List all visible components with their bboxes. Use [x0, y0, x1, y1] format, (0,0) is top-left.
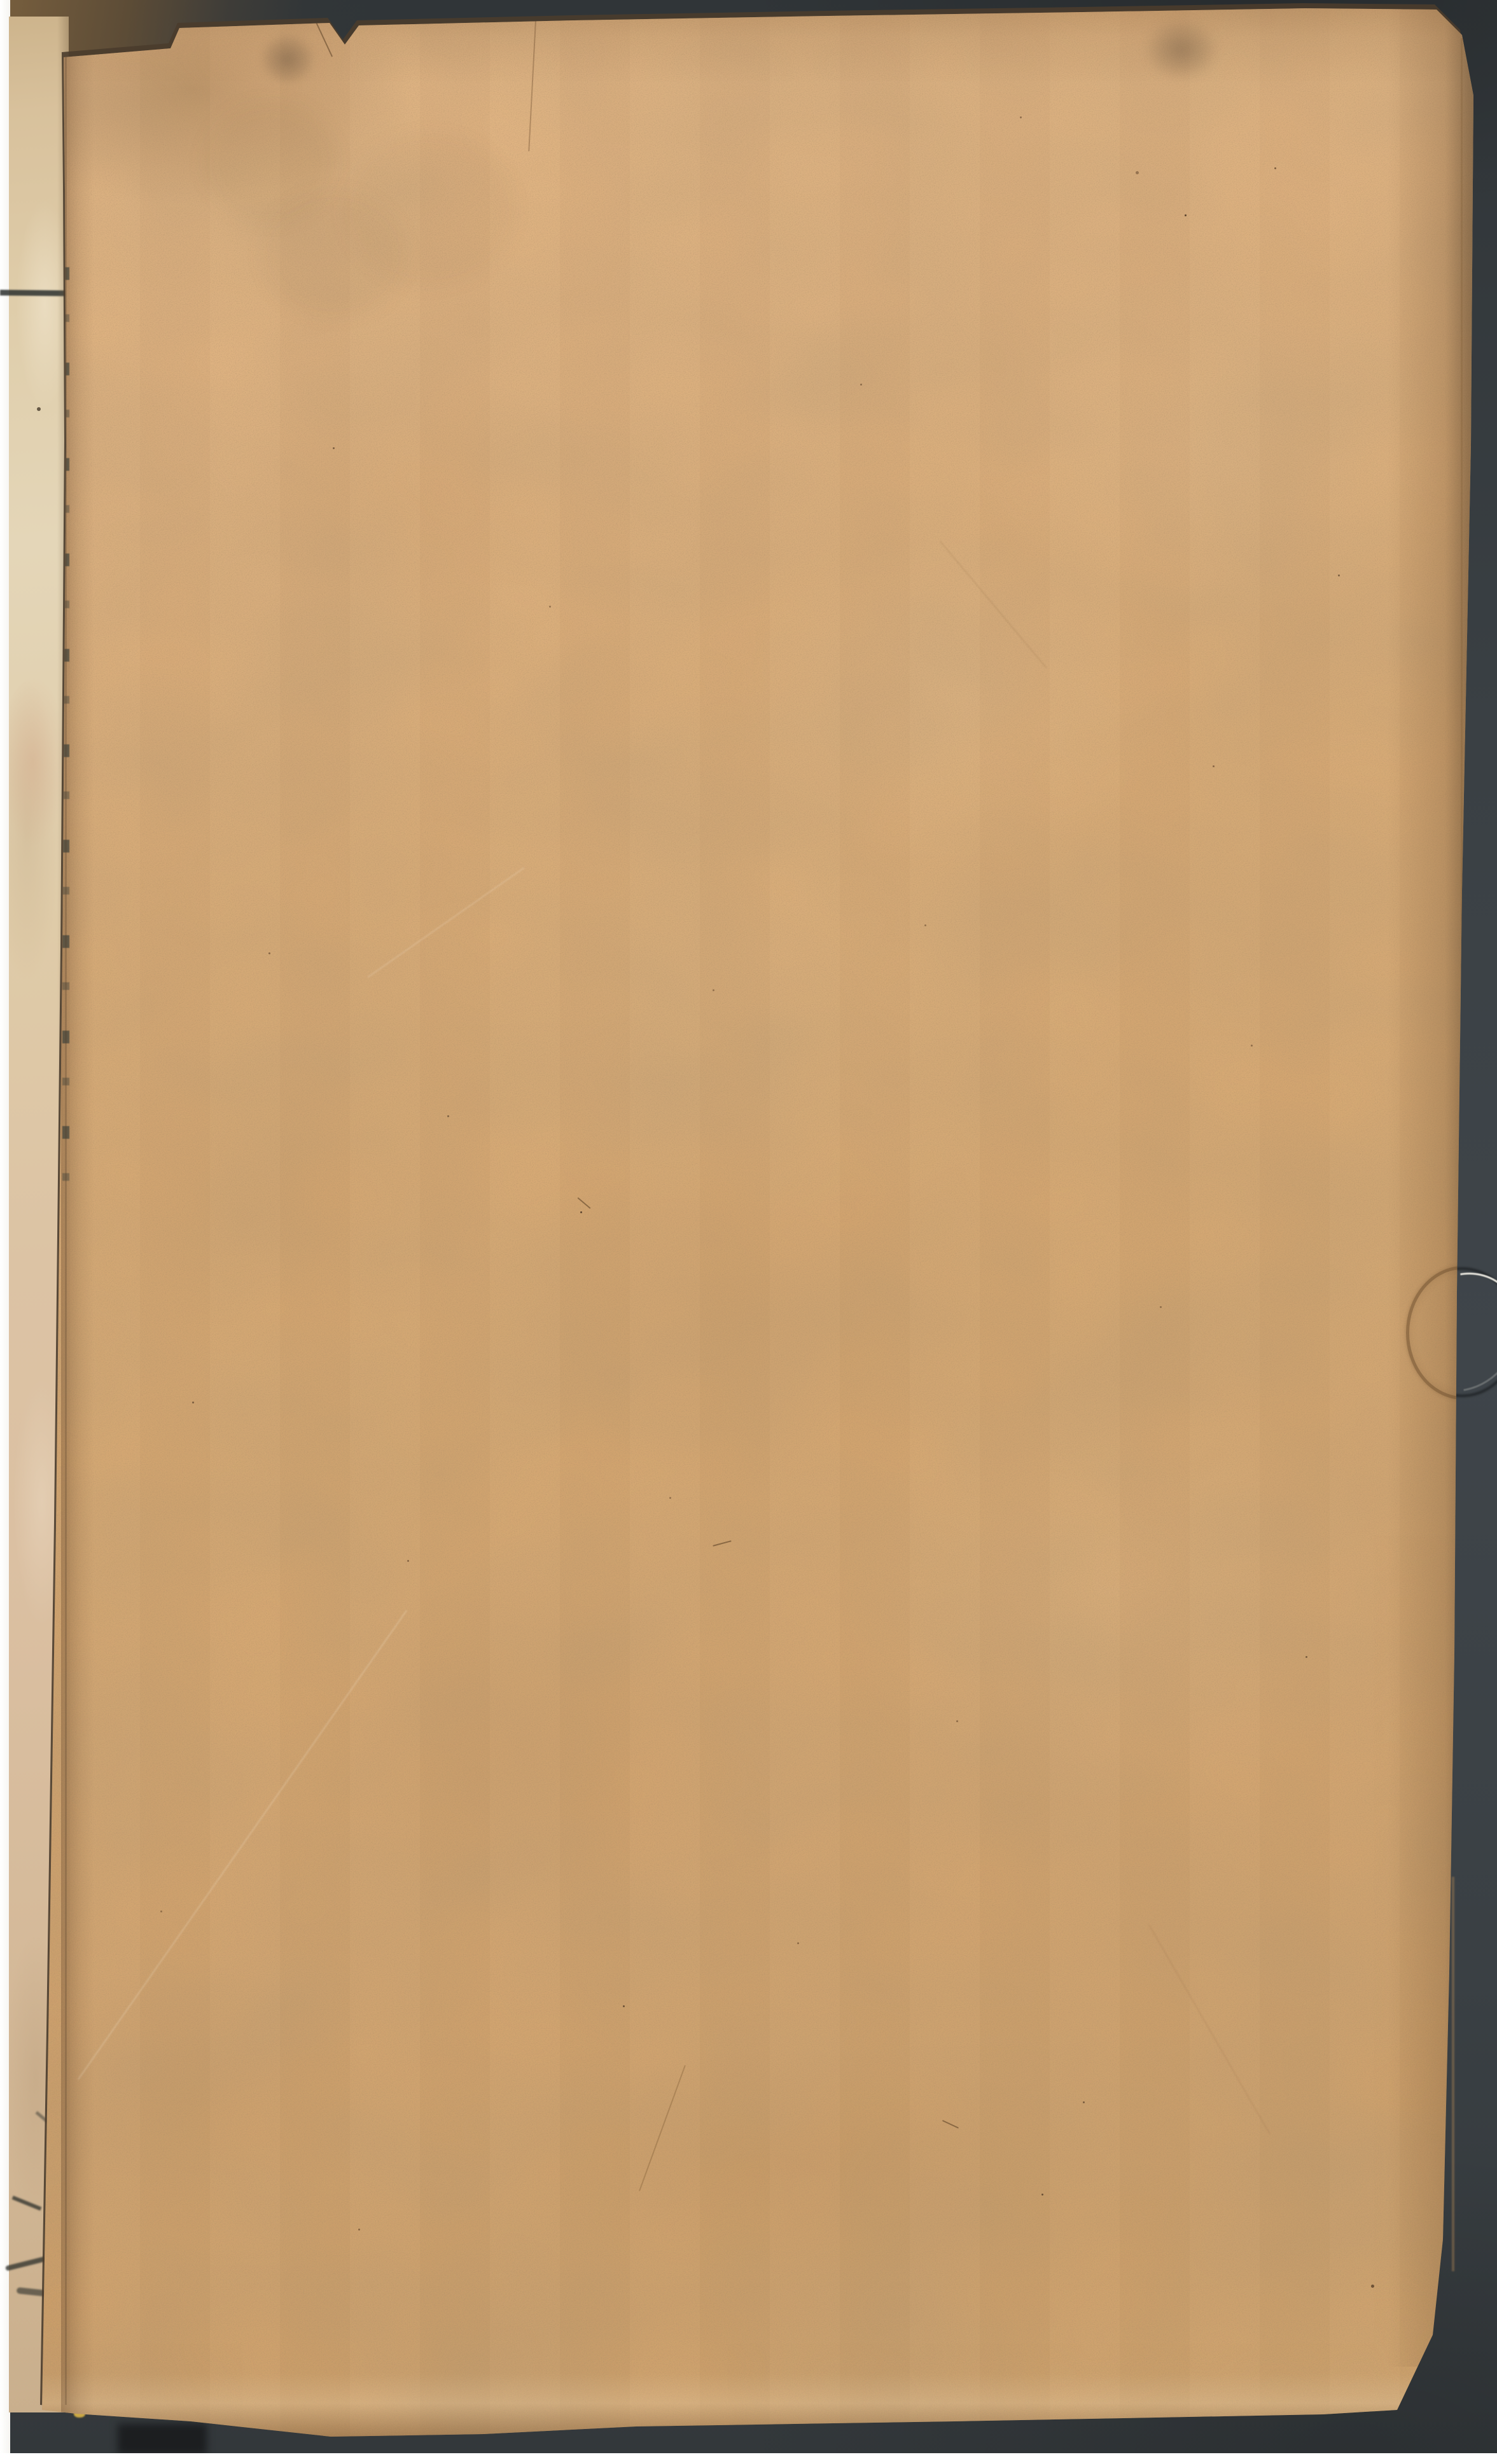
white-scan-strip-bottom	[0, 2453, 1497, 2464]
stain-top-right	[1144, 18, 1219, 81]
ink-bleedthrough	[261, 191, 407, 318]
book-cast-shadow	[118, 2424, 207, 2454]
book-scan-photo	[0, 0, 1497, 2464]
page-edge-sliver	[1452, 1877, 1454, 2271]
underleaf-speck	[37, 407, 41, 411]
crease-line	[1461, 38, 1463, 992]
blank-page-leaf	[0, 0, 1497, 2464]
stain-top-left	[260, 33, 316, 85]
paper-grain-texture	[0, 0, 1497, 2464]
